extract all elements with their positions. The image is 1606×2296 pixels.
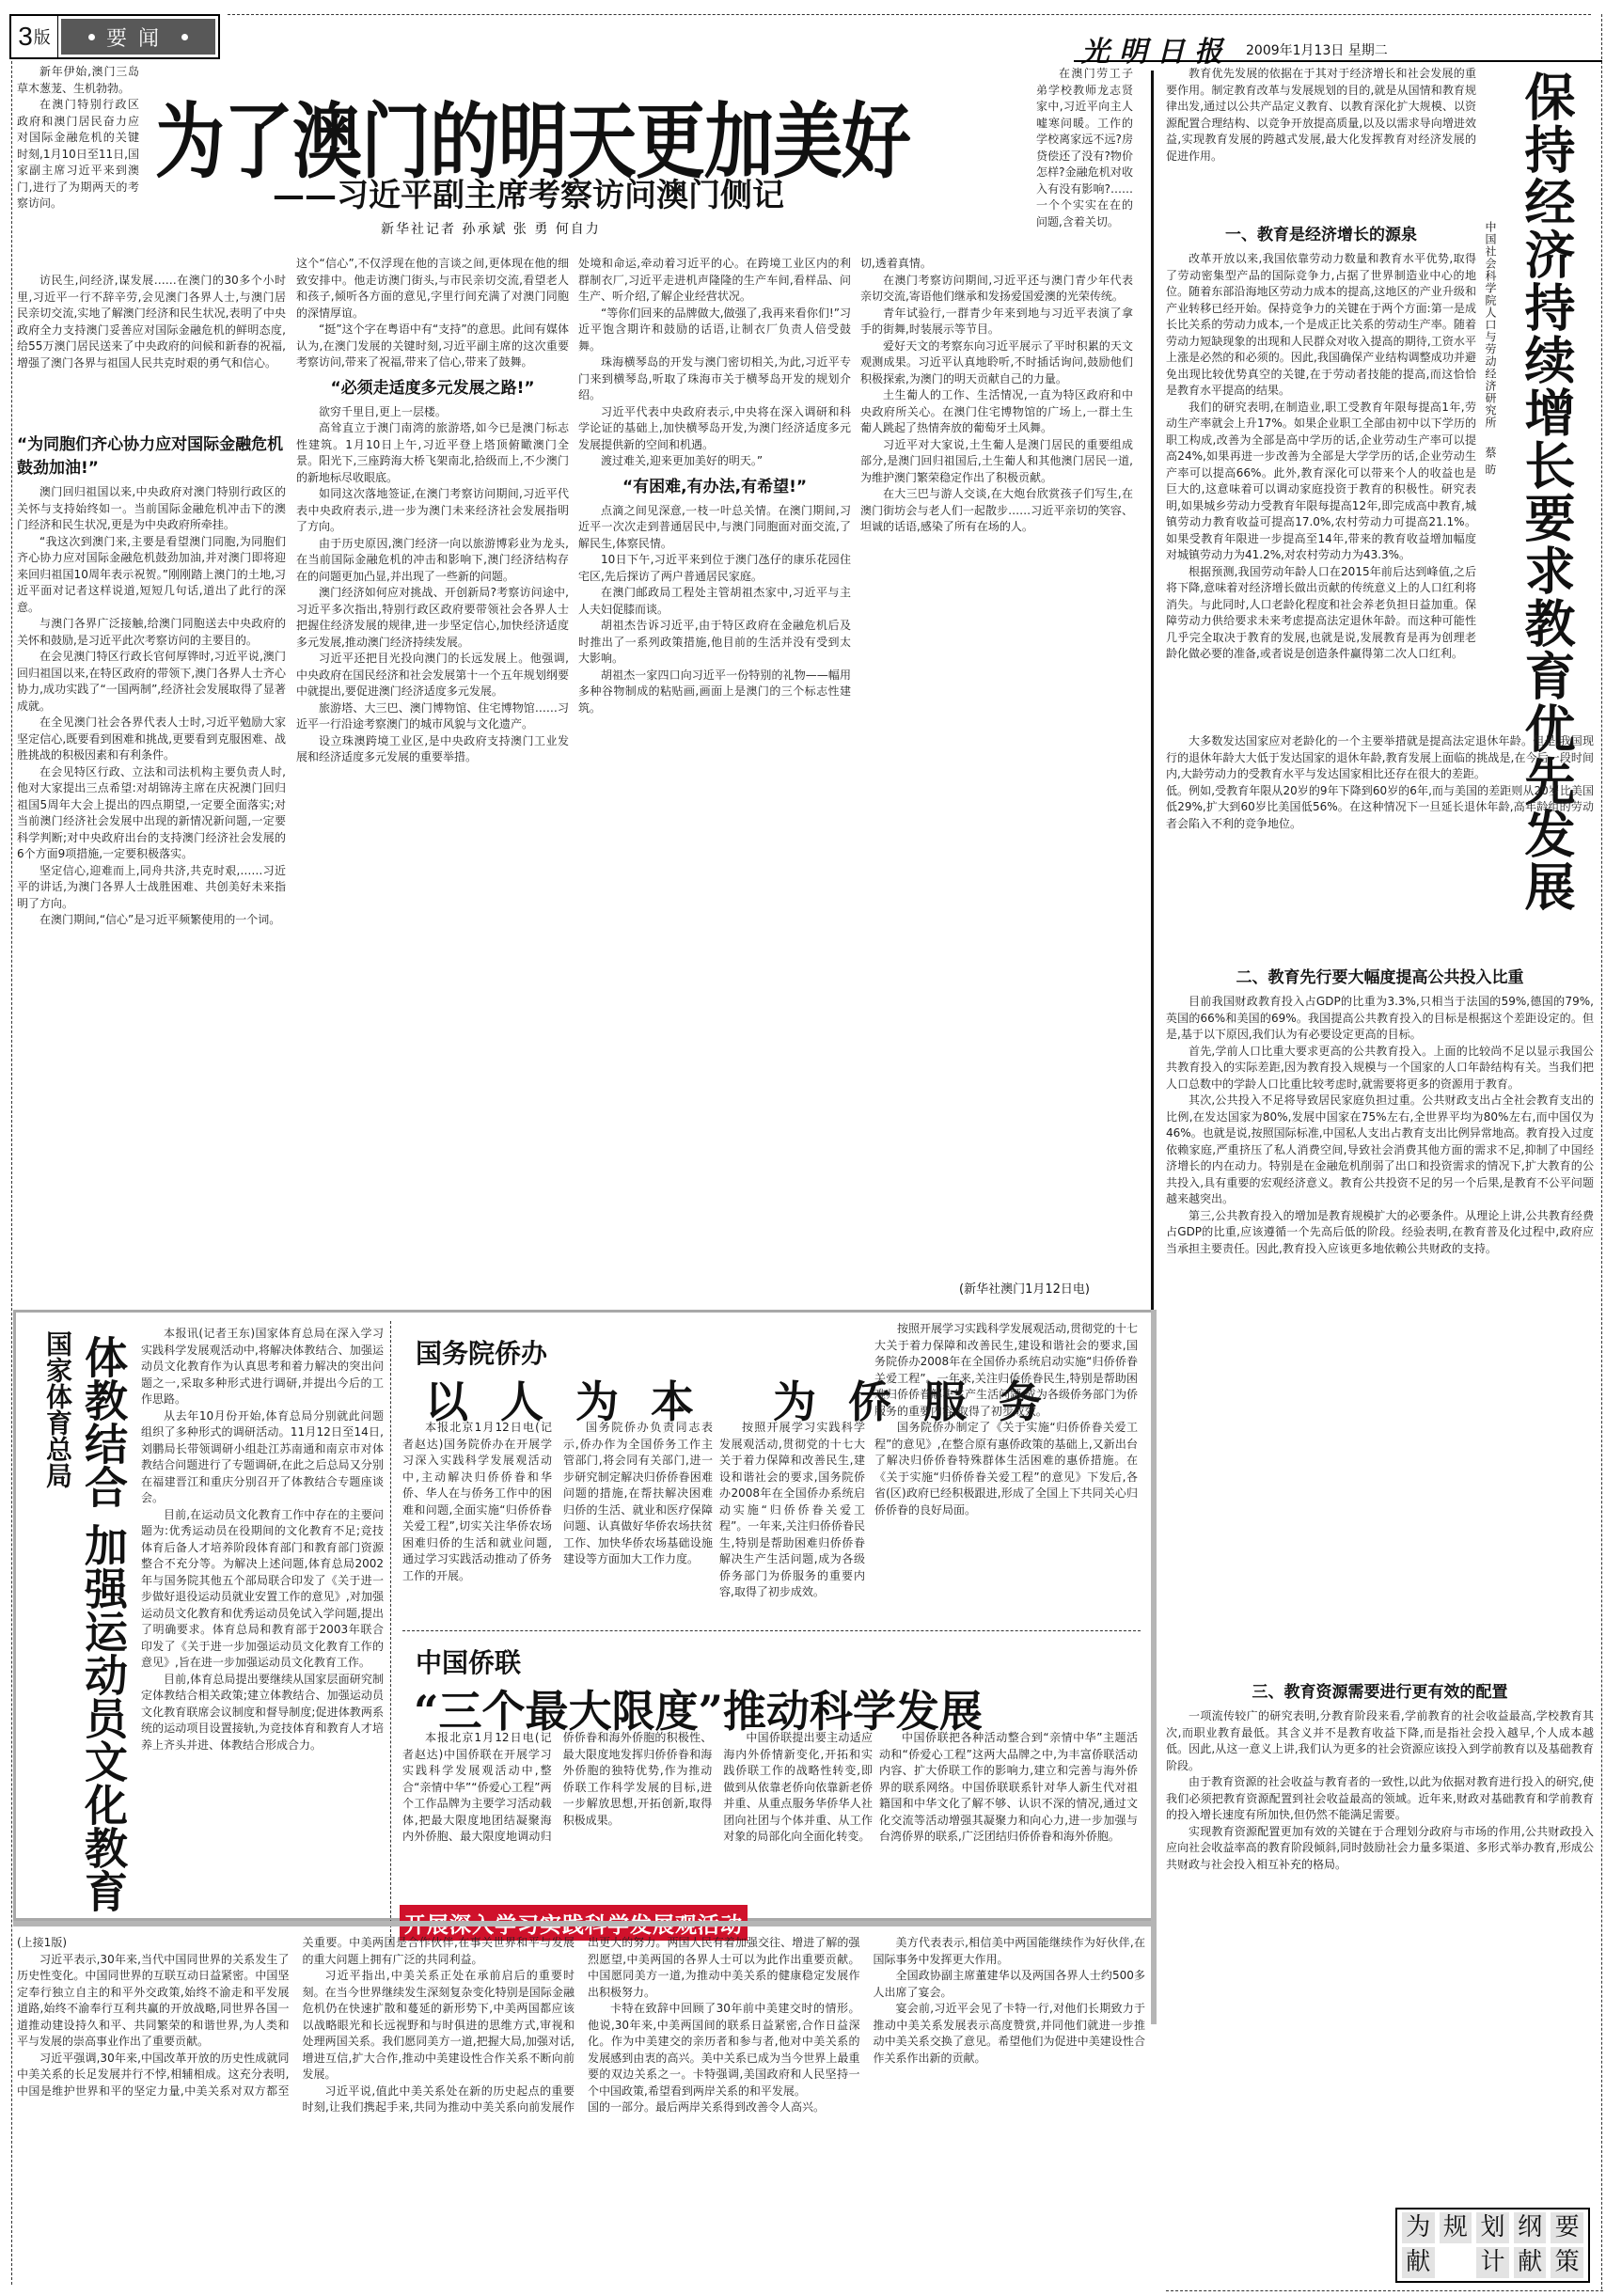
column-rule (1151, 71, 1154, 1312)
page-border-right (1601, 14, 1602, 2289)
sports-headline: 体教结合 加强运动员文化教育 (80, 1335, 127, 1912)
overseas-office-body-2: 按照开展学习实践科学发展观活动,贯彻党的十七大关于着力保障和改善民生,建设和谐社… (719, 1420, 865, 1617)
federation-body-2: 中国侨联把各种活动整合到“亲情中华”主题活动和“侨爱心工程”这两大品牌之中,为丰… (879, 1730, 1138, 1932)
right-section1-title: 一、教育是经济增长的源泉 (1166, 224, 1476, 247)
lead-subheadline: ——习近平副主席考察访问澳门侧记 (273, 169, 784, 215)
section-label: 要闻 (61, 19, 215, 55)
right-article-intro: 教育优先发展的依据在于其对于经济增长和社会发展的重要作用。制定教育改革与发展规划… (1166, 66, 1476, 226)
right-section2-title: 二、教育先行要大幅度提高公共投入比重 (1166, 967, 1594, 990)
bullet-icon (88, 34, 95, 40)
lead-intro-column: 新年伊始,澳门三岛草木葱茏、生机勃勃。 在澳门特别行政区政府和澳门居民奋力应对国… (17, 64, 139, 280)
lead-subhead-2: “必须走适度多元发展之路!” (296, 377, 569, 401)
page-masthead: 3版 要闻 (9, 14, 220, 59)
right-article-section1b: 大多数发达国家应对老龄化的一个主要举措就是提高法定退休年龄。但是,我国现行的退休… (1166, 733, 1594, 964)
continued-article: (上接1版) 习近平表示,30年来,当代中国同世界的关系发生了历史性变化。中国同… (17, 1935, 1145, 2292)
lead-column-2: 这个“信心”,不仅浮现在他的言谈之间,更体现在他的细致安排中。他走访澳门街头,与… (296, 256, 569, 1309)
lead-intro-continued: 访民生,问经济,谋发展……在澳门的30多个小时里,习近平一行不辞辛劳,会见澳门各… (17, 273, 286, 432)
sports-org-label: 国家体育总局 (41, 1330, 73, 1488)
right-section3-title: 三、教育资源需要进行更有效的配置 (1166, 1681, 1594, 1705)
lead-subhead-3: “有困难,有办法,有希望!” (578, 476, 851, 499)
box-divider (1151, 1310, 1157, 2024)
page-number: 3版 (11, 16, 58, 57)
issue-date: 2009年1月13日 星期二 (1246, 40, 1388, 59)
page-border-bottom (1166, 2290, 1603, 2291)
overseas-office-org: 国务院侨办 (416, 1333, 547, 1371)
newspaper-logo: 光明日报 (1081, 28, 1232, 70)
plan-suggestion-box: 为 规 划 纲 要 献 计 献 策 (1395, 2208, 1590, 2283)
lead-column-3: 处境和命运,牵动着习近平的心。在跨境工业区内的利群制衣厂,习近平走进机声隆隆的生… (578, 256, 851, 1309)
lead-subhead-1: “为同胞们齐心协力应对国际金融危机鼓劲加油!” (17, 433, 286, 480)
masthead-rule (1074, 60, 1602, 62)
column-divider (390, 1321, 391, 1942)
federation-body: 本报北京1月12日电(记者赵达)中国侨联在开展学习实践科学发展观活动中,整合“亲… (402, 1730, 873, 1899)
page-border-left (11, 56, 12, 2285)
right-article-author: 中国社会科学院人口与劳动经济研究所 蔡 昉 (1483, 221, 1499, 476)
federation-org: 中国侨联 (416, 1643, 521, 1680)
right-article-section2: 二、教育先行要大幅度提高公共投入比重 目前我国财政教育投入占GDP的比重为3.3… (1166, 961, 1594, 1666)
box-bottom-band (13, 1921, 1155, 1926)
right-article-section1: 一、教育是经济增长的源泉 改革开放以来,我国依靠劳动力数量和教育水平优势,取得了… (1166, 218, 1476, 745)
overseas-office-body-3: 按照开展学习实践科学发展观活动,贯彻党的十七大关于着力保障和改善民生,建设和谐社… (874, 1321, 1138, 1617)
lead-column-1: “为同胞们齐心协力应对国际金融危机鼓劲加油!” 澳门回归祖国以来,中央政府对澳门… (17, 428, 286, 1312)
lead-byline: 新华社记者 孙承斌 张 勇 何自力 (381, 219, 601, 238)
overseas-office-body: 本报北京1月12日电(记者赵达)国务院侨办在开展学习深入实践科学发展观活动中,主… (402, 1420, 713, 1617)
lead-dateline-end: (新华社澳门1月12日电) (959, 1279, 1090, 1297)
page-border-top (228, 14, 1591, 15)
lead-column-4: 切,透着真情。 在澳门考察访问期间,习近平还与澳门青少年代表亲切交流,寄语他们继… (860, 256, 1133, 1271)
bullet-icon (181, 34, 188, 40)
lead-side-column: 在澳门劳工子弟学校教师龙志贤家中,习近平向主人嘘寒问暖。工作的学校离家远不远?房… (1036, 66, 1133, 254)
story-divider (402, 1630, 1141, 1631)
right-article-section3: 三、教育资源需要进行更有效的配置 一项流传较广的研究表明,分教育阶段来看,学前教… (1166, 1675, 1594, 2193)
sports-body: 本报讯(记者王东)国家体育总局在深入学习实践科学发展观活动中,将解决体教结合、加… (141, 1326, 384, 1937)
